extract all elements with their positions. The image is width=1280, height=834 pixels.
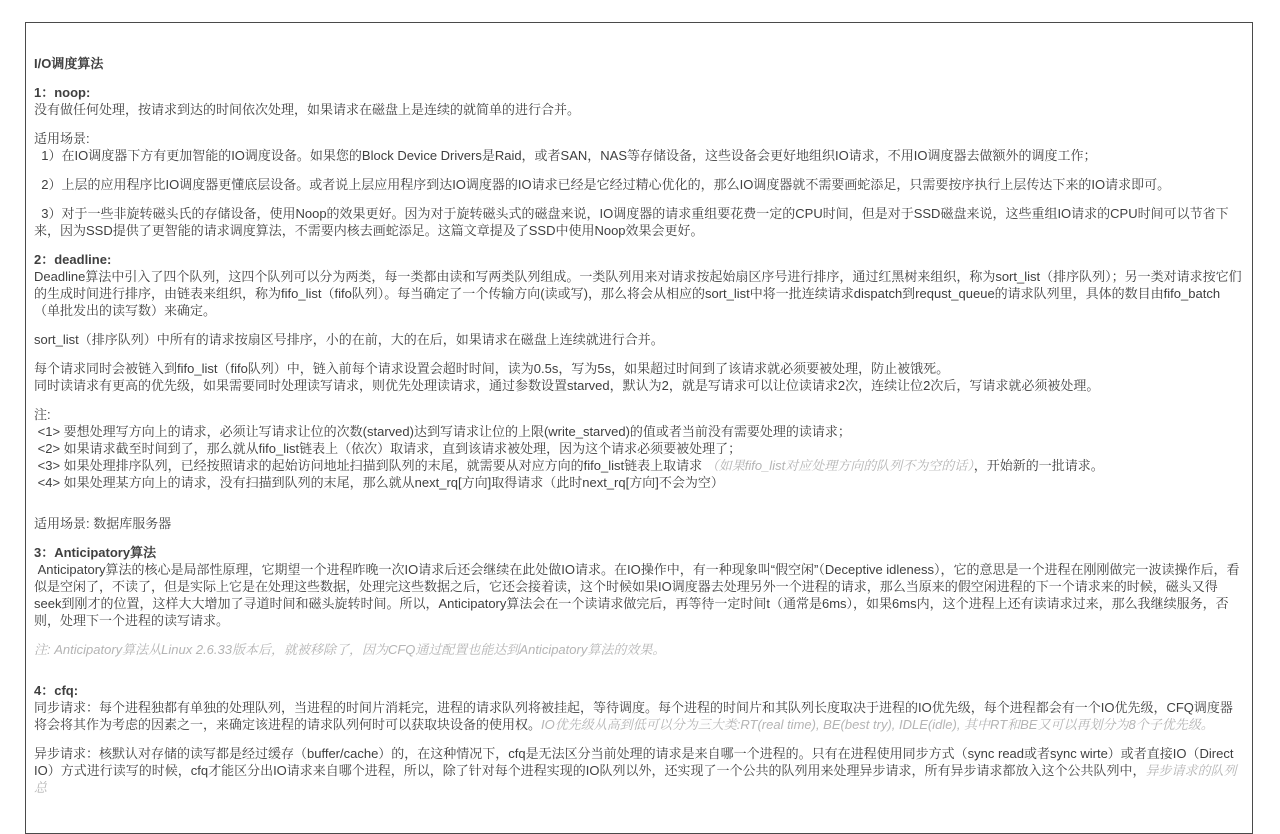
cfq-async-text: 异步请求：核默认对存储的读写都是经过缓存（buffer/cache）的，在这种情… [34, 746, 1237, 778]
cfq-async-paragraph: 异步请求：核默认对存储的读写都是经过缓存（buffer/cache）的，在这种情… [34, 745, 1244, 796]
cfq-sync-paragraph: 同步请求：每个进程独都有单独的处理队列，当进程的时间片消耗完，进程的请求队列将被… [34, 699, 1244, 733]
anticipatory-paragraph: Anticipatory算法的核心是局部性原理，它期望一个进程昨晚一次IO请求后… [34, 561, 1244, 629]
deadline-sortlist-paragraph: sort_list（排序队列）中所有的请求按扇区号排序，小的在前，大的在后，如果… [34, 331, 1244, 348]
section-deadline-heading: 2：deadline: [34, 251, 1244, 268]
deadline-note-3-text: <3> 如果处理排序队列，已经按照请求的起始访问地址扫描到队列的末尾，就需要从对… [34, 458, 706, 473]
document-frame: I/O调度算法 1：noop: 没有做任何处理，按请求到达的时间依次处理，如果请… [25, 22, 1253, 806]
deadline-fifolist-line-2: 同时读请求有更高的优先级，如果需要同时处理读写请求，则优先处理读请求，通过参数设… [34, 377, 1244, 394]
deadline-note-3: <3> 如果处理排序队列，已经按照请求的起始访问地址扫描到队列的末尾，就需要从对… [34, 457, 1244, 474]
noop-scenario-item-2: 2）上层的应用程序比IO调度器更懂底层设备。或者说上层应用程序到达IO调度器的I… [34, 176, 1244, 193]
section-noop-heading: 1：noop: [34, 84, 1244, 101]
page-title: I/O调度算法 [34, 55, 1244, 72]
deadline-usage-scenario: 适用场景: 数据库服务器 [34, 515, 1244, 532]
deadline-note-2: <2> 如果请求截至时间到了，那么就从fifo_list链表上（依次）取请求，直… [34, 440, 1244, 457]
deadline-notes-label: 注: [34, 406, 1244, 423]
deadline-note-3-aside: （如果fifo_list对应处理方向的队列不为空的话） [706, 458, 974, 473]
section-anticipatory-heading: 3：Anticipatory算法 [34, 544, 1244, 561]
deadline-note-4: <4> 如果处理某方向上的请求，没有扫描到队列的末尾，那么就从next_rq[方… [34, 474, 1244, 491]
cfq-sync-priority-aside: IO优先级从高到低可以分为三大类:RT(real time), BE(best … [541, 717, 1214, 732]
section-cfq-heading: 4：cfq: [34, 682, 1244, 699]
noop-description: 没有做任何处理，按请求到达的时间依次处理，如果请求在磁盘上是连续的就简单的进行合… [34, 101, 1244, 118]
noop-usage-scenarios-label: 适用场景: [34, 130, 1244, 147]
deadline-fifolist-line-1: 每个请求同时会被链入到fifo_list（fifo队列）中，链入前每个请求设置会… [34, 360, 1244, 377]
noop-scenario-item-3: 3）对于一些非旋转磁头氏的存储设备，使用Noop的效果更好。因为对于旋转磁头式的… [34, 205, 1244, 239]
anticipatory-removal-note: 注: Anticipatory算法从Linux 2.6.33版本后，就被移除了，… [34, 641, 1244, 658]
deadline-note-3-tail: ，开始新的一批请求。 [974, 458, 1104, 473]
deadline-note-1: <1> 要想处理写方向上的请求，必须让写请求让位的次数(starved)达到写请… [34, 423, 1244, 440]
noop-scenario-item-1: 1）在IO调度器下方有更加智能的IO调度设备。如果您的Block Device … [34, 147, 1244, 164]
deadline-intro-paragraph: Deadline算法中引入了四个队列，这四个队列可以分为两类，每一类都由读和写两… [34, 268, 1244, 319]
